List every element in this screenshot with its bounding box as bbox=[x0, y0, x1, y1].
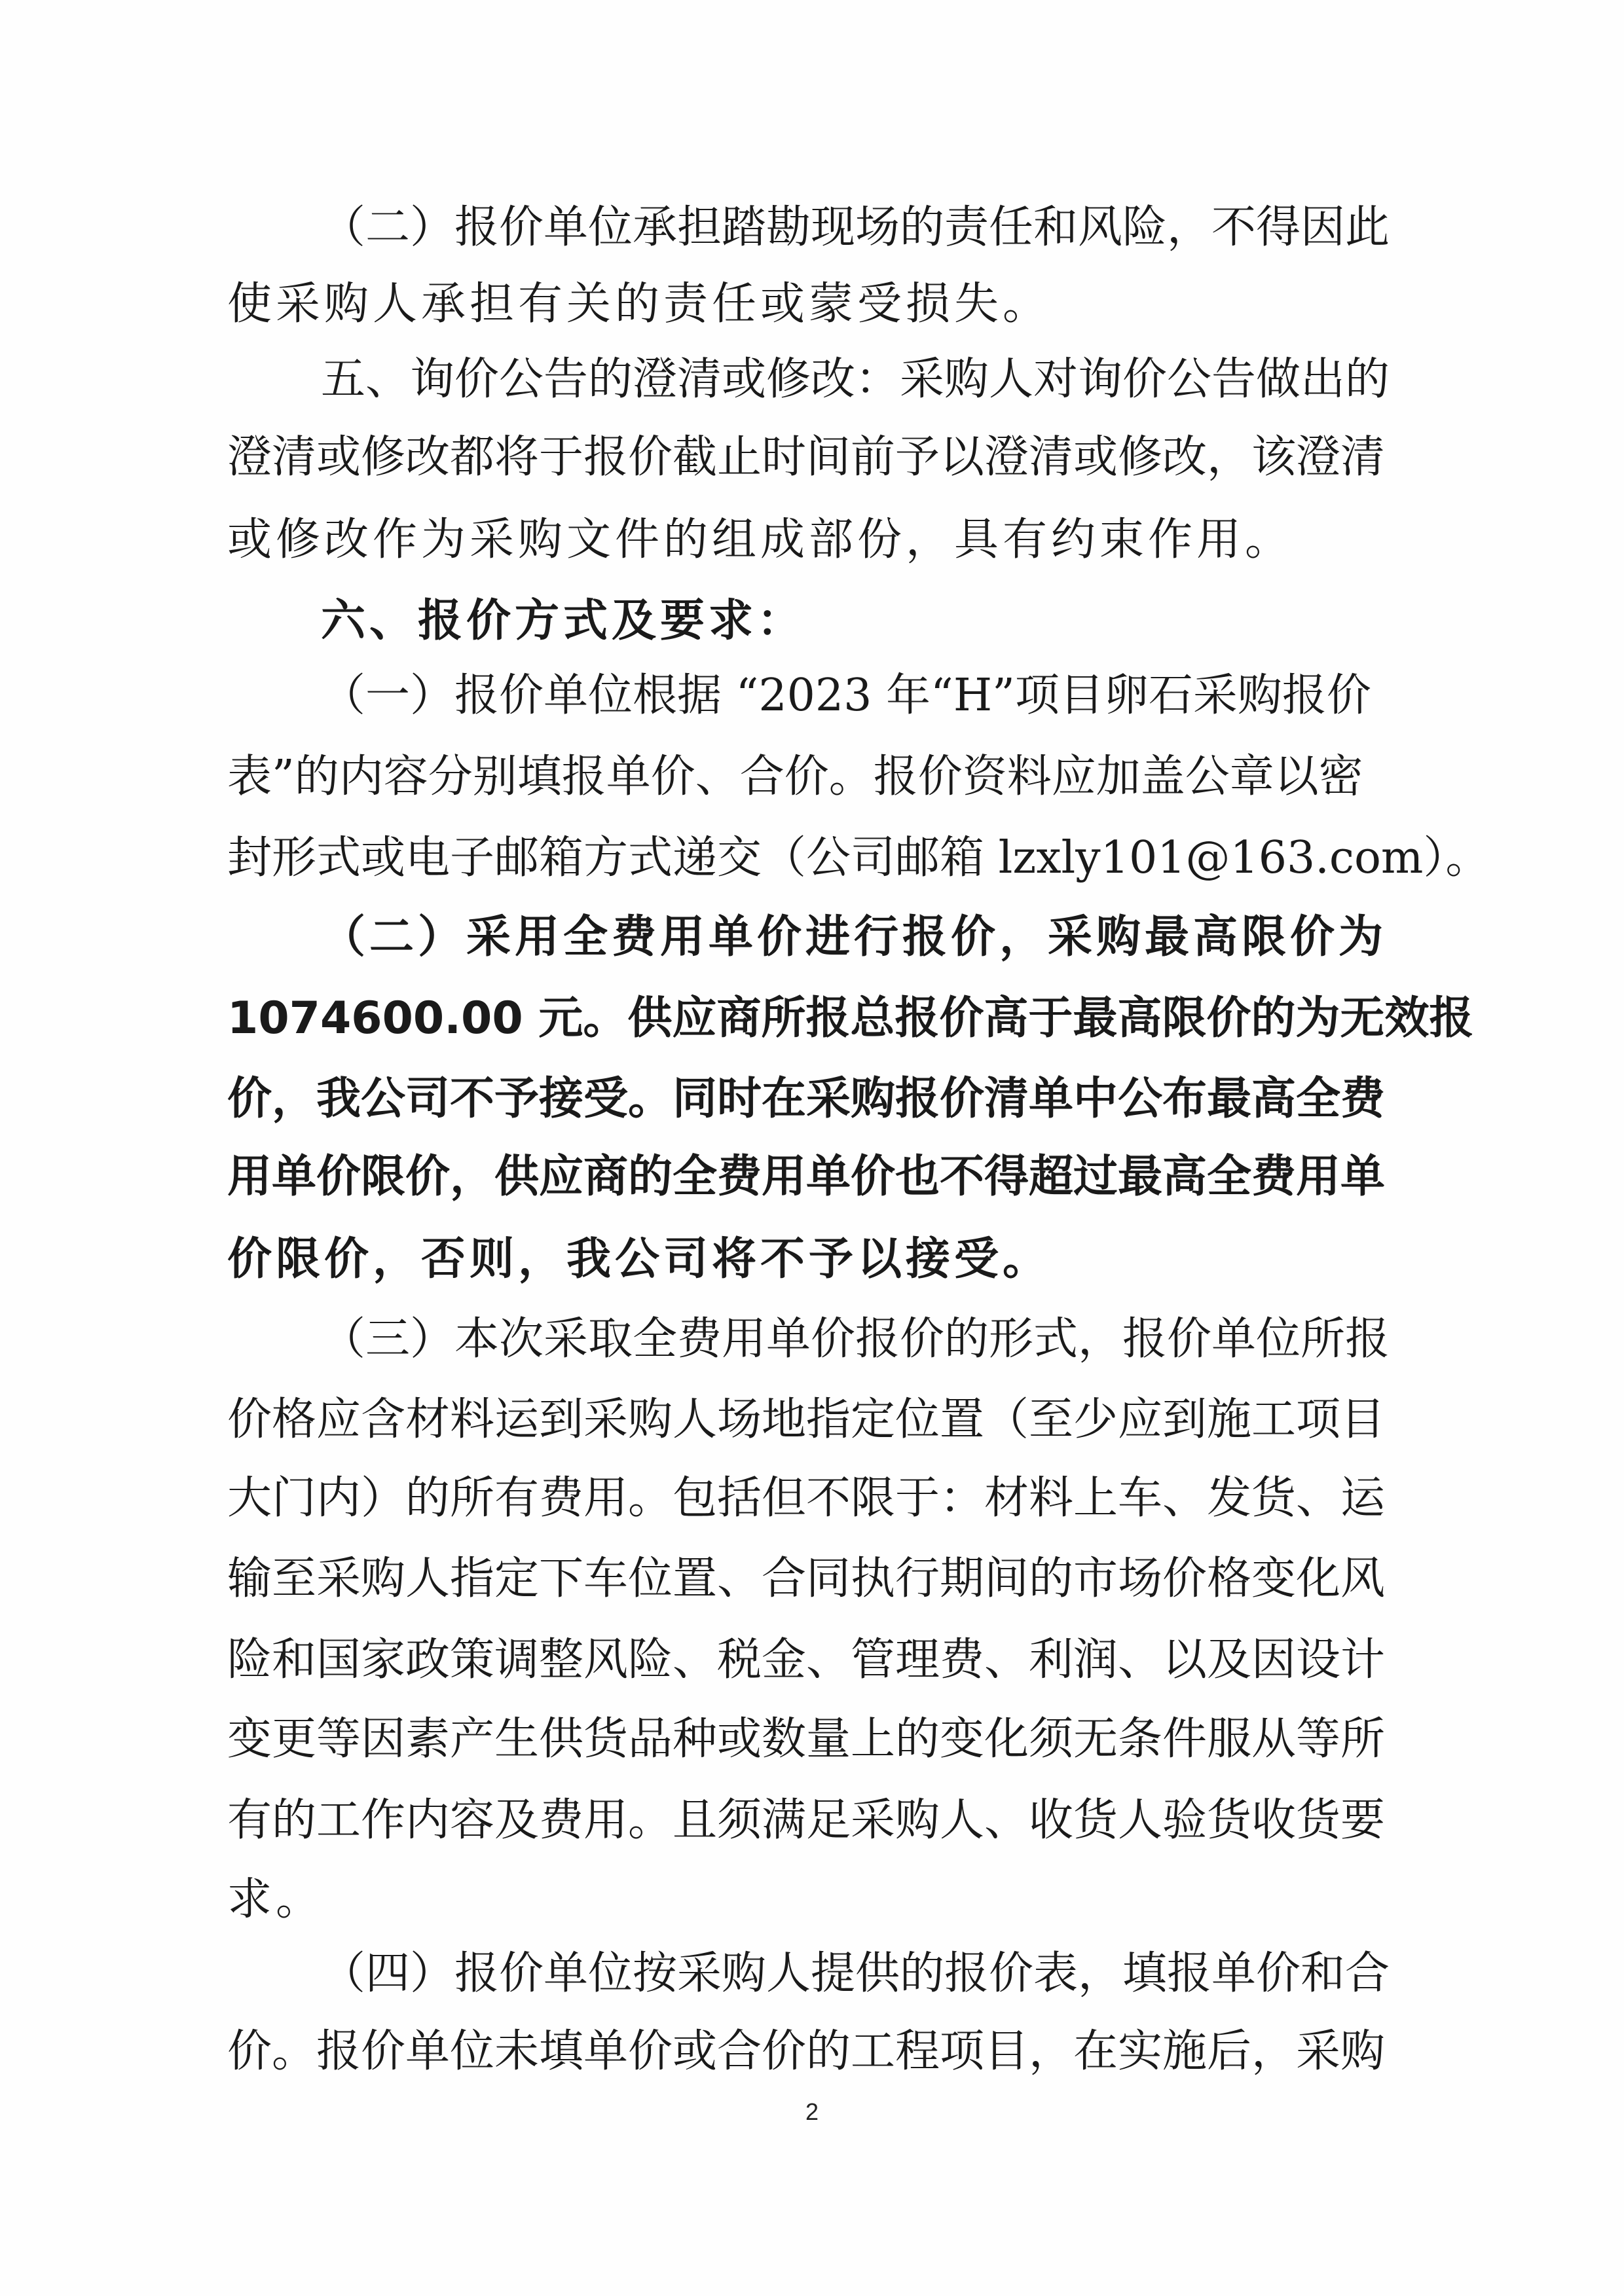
paragraph-line: 有的工作内容及费用。且须满足采购人、收货人验货收货要 bbox=[227, 1791, 1344, 1850]
paragraph-line: 价格应含材料运到采购人场地指定位置（至少应到施工项目 bbox=[227, 1391, 1344, 1449]
paragraph-line-bold: 价限价，否则，我公司将不予以接受。 bbox=[227, 1230, 1344, 1289]
paragraph-line: （三）本次采取全费用单价报价的形式，报价单位所报 bbox=[321, 1310, 1344, 1369]
paragraph-line: （四）报价单位按采购人提供的报价表，填报单价和合 bbox=[321, 1944, 1344, 2003]
paragraph-line-bold-max-price: 1074600.00 元。供应商所报总报价高于最高限价的为无效报 bbox=[227, 989, 1344, 1048]
paragraph-line: 大门内）的所有费用。包括但不限于：材料上车、发货、运 bbox=[227, 1469, 1344, 1528]
section-heading: 六、报价方式及要求： bbox=[321, 592, 1344, 651]
paragraph-line-bold: 用单价限价，供应商的全费用单价也不得超过最高全费用单 bbox=[227, 1148, 1344, 1207]
document-page: （二）报价单位承担踏勘现场的责任和风险，不得因此 使采购人承担有关的责任或蒙受损… bbox=[0, 0, 1624, 2296]
paragraph-line-bold: （二）采用全费用单价进行报价，采购最高限价为 bbox=[321, 908, 1344, 967]
paragraph-line: 输至采购人指定下车位置、合同执行期间的市场价格变化风 bbox=[227, 1550, 1344, 1609]
paragraph-line: 险和国家政策调整风险、税金、管理费、利润、以及因设计 bbox=[227, 1631, 1344, 1690]
page-number: 2 bbox=[799, 2098, 825, 2126]
section-heading-line: 五、询价公告的澄清或修改：采购人对询价公告做出的 bbox=[321, 350, 1344, 409]
paragraph-line: 表”的内容分别填报单价、合价。报价资料应加盖公章以密 bbox=[227, 748, 1344, 807]
paragraph-line-email: 封形式或电子邮箱方式递交（公司邮箱 lzxly101@163.com）。 bbox=[227, 829, 1344, 888]
paragraph-line: 变更等因素产生供货品种或数量上的变化须无条件服从等所 bbox=[227, 1710, 1344, 1769]
paragraph-line: （二）报价单位承担踏勘现场的责任和风险，不得因此 bbox=[321, 198, 1344, 257]
paragraph-line-bold: 价，我公司不予接受。同时在采购报价清单中公布最高全费 bbox=[227, 1070, 1344, 1129]
paragraph-line: 使采购人承担有关的责任或蒙受损失。 bbox=[227, 275, 1344, 334]
paragraph-line: 澄清或修改都将于报价截止时间前予以澄清或修改，该澄清 bbox=[227, 428, 1344, 487]
paragraph-line: 或修改作为采购文件的组成部份，具有约束作用。 bbox=[227, 511, 1344, 570]
paragraph-line: 求。 bbox=[227, 1870, 1344, 1929]
paragraph-line: （一）报价单位根据 “2023 年“H”项目卵石采购报价 bbox=[321, 666, 1344, 725]
paragraph-line: 价。报价单位未填单价或合价的工程项目，在实施后，采购 bbox=[227, 2022, 1344, 2081]
